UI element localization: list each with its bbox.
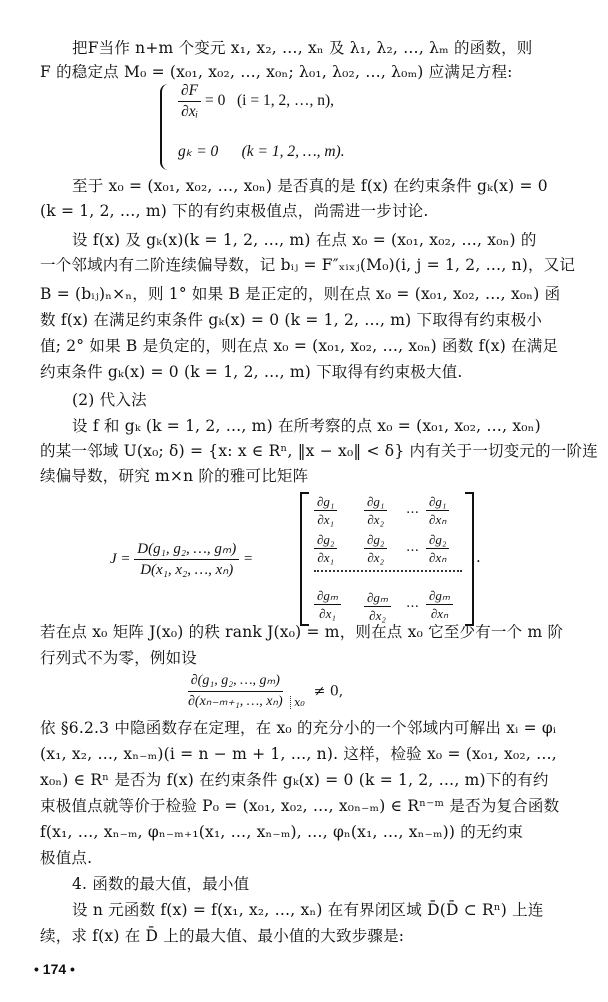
matrix-dotted-row <box>314 570 462 572</box>
matrix-cell: ∂g₁∂x₂ <box>364 494 387 527</box>
matrix-cell: ∂g₁∂xₙ <box>426 494 449 527</box>
text-line: 续，求 f(x) 在 D̄ 上的最大值、最小值的大致步骤是: <box>40 926 580 946</box>
text-line: 设 n 元函数 f(x) = f(x₁, x₂, …, xₙ) 在有界闭区域 D… <box>72 900 582 920</box>
matrix-cell: ∂gₘ∂x₂ <box>364 590 391 623</box>
text-line: 的某一邻域 U(x₀; δ) = {x: x ∈ Rⁿ, ‖x − x₀‖ < … <box>40 441 580 461</box>
text-line: B = (bᵢⱼ)ₙ×ₙ，则 1° 如果 B 是正定的，则在点 x₀ = (x₀… <box>40 284 580 304</box>
text-line: (k = 1, 2, …, m) 下的有约束极值点，尚需进一步讨论. <box>40 201 580 221</box>
determinant-fraction: ∂(g₁, g₂, …, gₘ) ∂(xₙ₋ₘ₊₁, …, xₙ) <box>185 672 286 711</box>
text-line: 设 f 和 gₖ (k = 1, 2, …, m) 在所考察的点 x₀ = (x… <box>72 416 582 436</box>
matrix-cell: ∂gₘ∂xₙ <box>426 588 453 621</box>
jacobian-lhs: J = D(g₁, g₂, …, gₘ) D(x₁, x₂, …, xₙ) = <box>110 540 253 579</box>
text-line: 行列式不为零，例如设 <box>40 648 580 668</box>
equation-system: ∂F ∂xᵢ = 0 (i = 1, 2, …, n), gₖ = 0 (k =… <box>160 82 520 172</box>
section-heading: (2) 代入法 <box>72 390 582 410</box>
text-line: 极值点. <box>40 848 580 868</box>
matrix-cell: ∂g₁∂x₁ <box>314 494 337 527</box>
matrix-period: . <box>476 548 481 566</box>
text-line: 一个邻域内有二阶连续偏导数，记 bᵢⱼ = F″ₓᵢₓⱼ(M₀)(i, j = … <box>40 255 580 275</box>
text-line: 依 §6.2.3 中隐函数存在定理，在 x₀ 的充分小的一个邻域内可解出 xᵢ … <box>40 718 580 738</box>
jacobian-matrix-equation: J = D(g₁, g₂, …, gₘ) D(x₁, x₂, …, xₙ) = … <box>100 492 540 632</box>
text-line: 若在点 x₀ 矩阵 J(x₀) 的秩 rank J(x₀) = m，则在点 x₀… <box>40 622 580 642</box>
matrix-ellipsis: … <box>406 596 419 611</box>
text-line: 设 f(x) 及 gₖ(x)(k = 1, 2, …, m) 在点 x₀ = (… <box>72 230 582 250</box>
text-line: 把F当作 n+m 个变元 x₁, x₂, …, xₙ 及 λ₁, λ₂, …, … <box>72 38 582 58</box>
text-line: 值; 2° 如果 B 是负定的，则在点 x₀ = (x₀₁, x₀₂, …, x… <box>40 336 580 356</box>
partial-fraction: ∂F ∂xᵢ <box>178 82 201 121</box>
matrix-cell: ∂g₂∂x₂ <box>364 532 387 565</box>
matrix-cell: ∂gₘ∂x₁ <box>314 588 341 621</box>
text-line: (x₁, x₂, …, xₙ₋ₘ)(i = n − m + 1, …, n). … <box>40 744 580 764</box>
matrix-ellipsis: … <box>406 502 419 517</box>
text-line: 至于 x₀ = (x₀₁, x₀₂, …, x₀ₙ) 是否真的是 f(x) 在约… <box>72 176 582 196</box>
text-line: 数 f(x) 在满足约束条件 gₖ(x) = 0 (k = 1, 2, …, m… <box>40 310 580 330</box>
text-line: 束极值点就等价于检验 P₀ = (x₀₁, x₀₂, …, x₀ₙ₋ₘ) ∈ R… <box>40 796 580 816</box>
system-row-1: ∂F ∂xᵢ = 0 (i = 1, 2, …, n), <box>178 82 334 121</box>
page-number: • 174 • <box>34 961 75 977</box>
matrix-brackets: ∂g₁∂x₁ ∂g₁∂x₂ … ∂g₁∂xₙ ∂g₂∂x₁ ∂g₂∂x₂ … ∂… <box>300 492 474 626</box>
jacobian-fraction: D(g₁, g₂, …, gₘ) D(x₁, x₂, …, xₙ) <box>134 540 239 579</box>
matrix-cell: ∂g₂∂x₁ <box>314 532 337 565</box>
text-line: F 的稳定点 M₀ = (x₀₁, x₀₂, …, x₀ₙ; λ₀₁, λ₀₂,… <box>40 62 580 82</box>
determinant-condition: ∂(g₁, g₂, …, gₘ) ∂(xₙ₋ₘ₊₁, …, xₙ) x₀ ≠ 0… <box>185 672 343 711</box>
section-heading: 4. 函数的最大值，最小值 <box>72 874 582 894</box>
system-row-2: gₖ = 0 (k = 1, 2, …, m). <box>178 142 345 161</box>
text-line: x₀ₙ) ∈ Rⁿ 是否为 f(x) 在约束条件 gₖ(x) = 0 (k = … <box>40 770 580 790</box>
text-line: f(x₁, …, xₙ₋ₘ, φₙ₋ₘ₊₁(x₁, …, xₙ₋ₘ), …, φ… <box>40 822 580 842</box>
text-line: 续偏导数，研究 m×n 阶的雅可比矩阵 <box>40 466 580 486</box>
matrix-ellipsis: … <box>406 540 419 555</box>
matrix-cell: ∂g₂∂xₙ <box>426 532 449 565</box>
left-brace-icon <box>160 84 172 170</box>
text-line: 约束条件 gₖ(x) = 0 (k = 1, 2, …, m) 下取得有约束极大… <box>40 362 580 382</box>
